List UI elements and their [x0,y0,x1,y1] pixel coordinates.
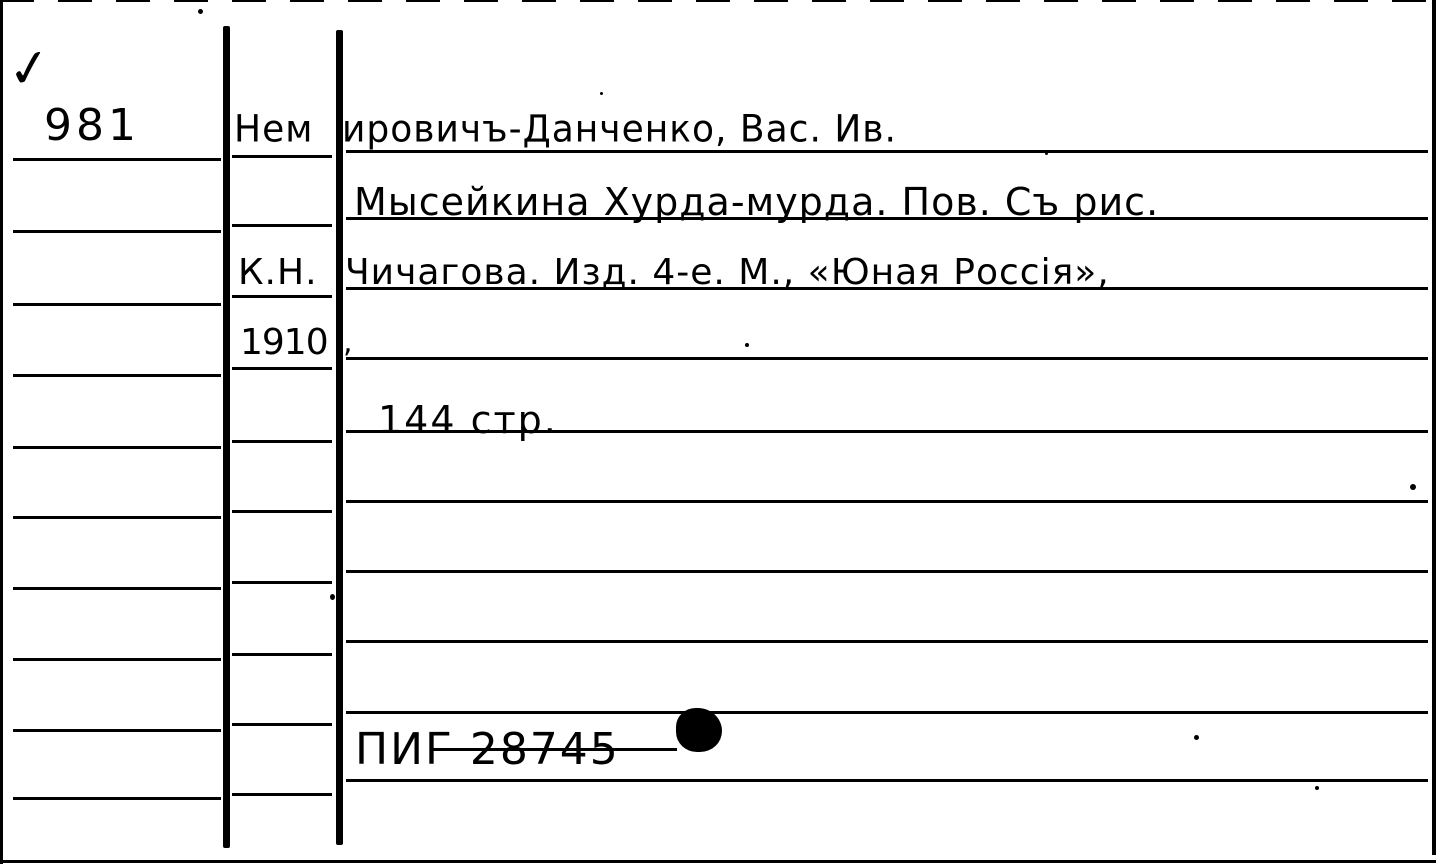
ruled-line [232,155,332,158]
scan-speck [600,92,603,95]
column-divider-1 [223,26,230,848]
ruled-line [232,510,332,513]
ruled-line [346,640,1428,643]
title-line: Мысейкина Хурда-мурда. Пов. Съ рис. [354,180,1159,224]
ruled-line [232,440,332,443]
publisher-line: Чичагова. Изд. 4-е. М., «Юная Россія», [345,252,1110,293]
shelf-mark-strikethrough [432,748,677,751]
ruled-line [346,779,1428,782]
scan-speck [198,9,203,14]
ruled-line [232,367,332,370]
card-left-edge [0,0,3,864]
ruled-line [13,658,221,661]
ink-blot [676,708,722,752]
ruled-line [346,357,1428,360]
author-heading: ировичъ-Данченко, Вас. Ив. [342,108,897,151]
entry-number: 981 [44,100,140,151]
author-prefix: Нем [234,108,313,151]
column-divider-2 [336,30,343,845]
ruled-line [346,500,1428,503]
ruled-line [13,303,221,306]
ruled-line [13,230,221,233]
ruled-line [232,295,332,298]
ruled-line [232,653,332,656]
ruled-line [13,446,221,449]
catalog-card: ✓ 981 Нем ировичъ-Данченко, Вас. Ив. Мыс… [0,0,1440,864]
ruled-line [232,723,332,726]
card-bottom-edge [0,860,1436,863]
ruled-line [346,711,1428,714]
ruled-line [13,729,221,732]
publication-year: 1910 [240,322,328,363]
ruled-line [13,374,221,377]
check-mark-icon: ✓ [4,36,56,102]
ruled-line [232,581,332,584]
year-trailing-mark: , [343,325,354,360]
ruled-line [232,224,332,227]
scan-speck [1045,152,1048,155]
ruled-line [13,797,221,800]
ruled-line [346,570,1428,573]
ruled-line [13,587,221,590]
scan-speck [745,343,749,347]
card-right-edge [1432,0,1436,855]
ruled-line [13,516,221,519]
page-count: 144 стр. [378,398,558,442]
scan-speck [1194,735,1199,740]
card-top-edge [0,0,1436,2]
illustrator-initials: К.Н. [238,252,318,293]
scan-speck [1315,786,1319,790]
scan-speck [1410,484,1416,490]
ruled-line [13,158,221,161]
scan-speck [330,594,335,600]
ruled-line [232,793,332,796]
